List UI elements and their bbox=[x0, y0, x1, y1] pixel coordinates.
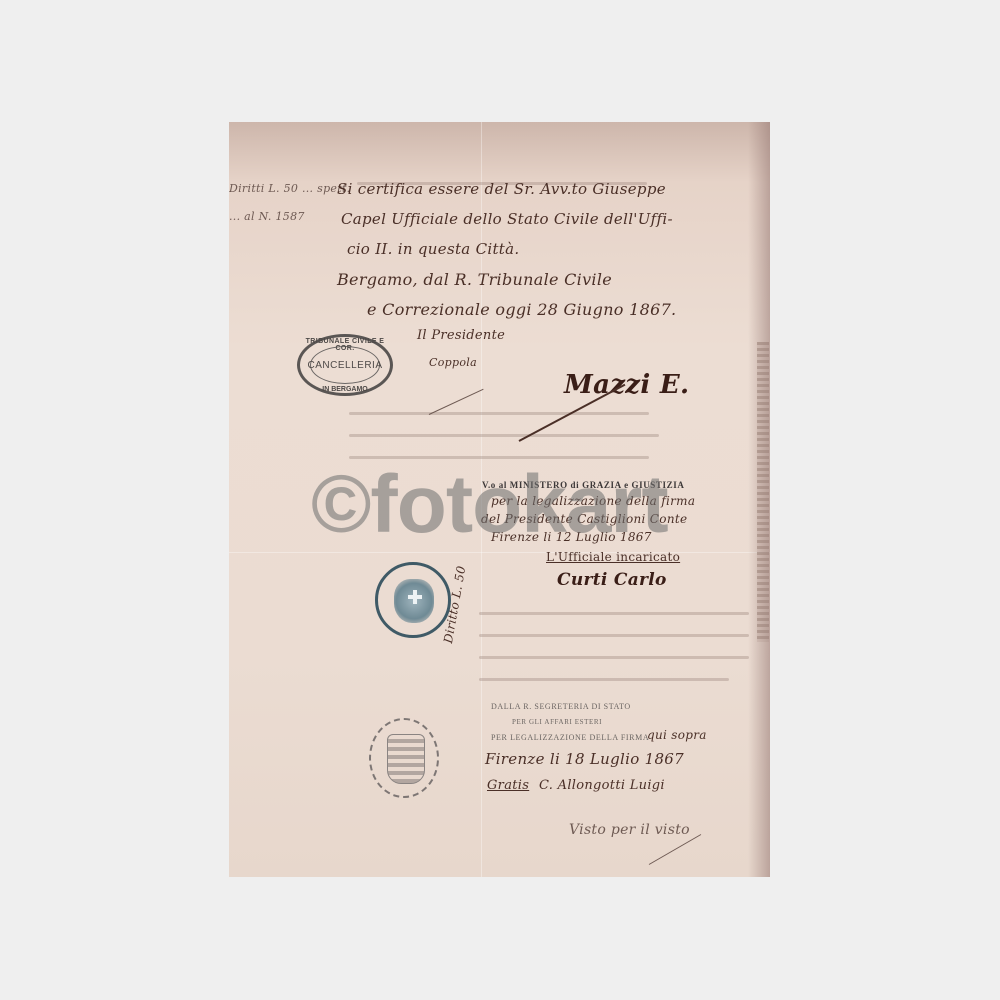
stamp-middle-text: CANCELLERIA bbox=[300, 360, 390, 371]
bleed-through-line bbox=[479, 634, 749, 637]
segreteria-signature: C. Allongotti Luigi bbox=[539, 778, 665, 793]
margin-note-fee: Diritti L. 50 ... spett. bbox=[229, 182, 350, 195]
attached-strip-edge bbox=[757, 342, 769, 642]
watermark: ©fotokart bbox=[311, 460, 668, 550]
ministry-signature: Curti Carlo bbox=[557, 570, 667, 590]
bottom-visto-note: Visto per il visto bbox=[569, 822, 690, 838]
bleed-through-line bbox=[479, 612, 749, 615]
cert-line-2: Capel Ufficiale dello Stato Civile dell'… bbox=[341, 210, 673, 228]
stamp-bottom-text: IN BERGAMO bbox=[300, 386, 390, 393]
cert-line-4: Bergamo, dal R. Tribunale Civile bbox=[337, 270, 612, 289]
savoy-cross-icon bbox=[408, 590, 422, 604]
segreteria-date: Firenze li 18 Luglio 1867 bbox=[485, 750, 684, 768]
segreteria-line-1: DALLA R. SEGRETERIA DI STATO bbox=[491, 702, 631, 711]
bleed-through-line bbox=[349, 412, 649, 415]
segreteria-line-3: PER LEGALIZZAZIONE DELLA FIRMA bbox=[491, 733, 649, 742]
signature-stroke bbox=[429, 389, 484, 415]
segreteria-fee: Gratis bbox=[487, 778, 529, 793]
bleed-through-line bbox=[479, 678, 729, 681]
seal-crest-shield bbox=[387, 734, 425, 784]
bleed-through-line bbox=[479, 656, 749, 659]
cert-line-5-date: e Correzionale oggi 28 Giugno 1867. bbox=[367, 300, 676, 319]
bottom-stroke bbox=[649, 834, 701, 865]
ministry-role: L'Ufficiale incaricato bbox=[546, 550, 680, 564]
segreteria-inline-note: qui sopra bbox=[647, 728, 707, 742]
bleed-through-line bbox=[349, 434, 659, 437]
fold-line-horizontal bbox=[229, 552, 770, 553]
ministry-seal bbox=[375, 562, 451, 638]
cert-line-1: Si certifica essere del Sr. Avv.to Giuse… bbox=[337, 180, 666, 198]
cert-line-3: cio II. in questa Città. bbox=[347, 240, 519, 258]
stamp-top-text: TRIBUNALE CIVILE E COR. bbox=[300, 338, 390, 352]
segreteria-line-2: PER GLI AFFARI ESTERI bbox=[512, 718, 602, 726]
main-signature: Mazzi E. bbox=[564, 370, 689, 400]
cancelleria-stamp: TRIBUNALE CIVILE E COR. CANCELLERIA IN B… bbox=[297, 334, 393, 396]
margin-note-number: ... al N. 1587 bbox=[229, 210, 305, 223]
signer-role: Il Presidente bbox=[417, 328, 505, 343]
secondary-signature: Coppola bbox=[429, 356, 477, 369]
foreign-affairs-seal bbox=[369, 718, 439, 798]
